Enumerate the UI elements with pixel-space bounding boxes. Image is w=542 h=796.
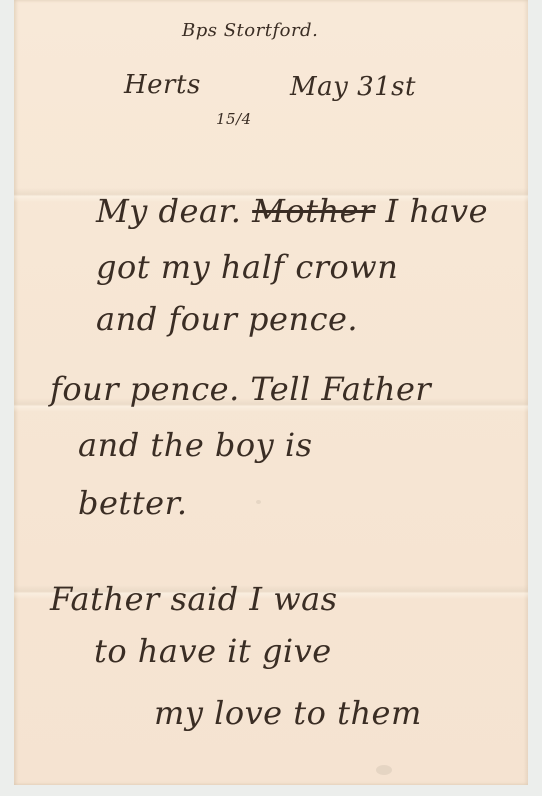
struck-word: Mother: [252, 192, 375, 230]
address-prefix: Bps Stortford.: [182, 20, 318, 41]
address-county: Herts: [124, 70, 201, 100]
body-line-5: and the boy is: [78, 426, 313, 464]
body-line-9: my love to them: [154, 694, 422, 732]
letter-reference: 15/4: [216, 110, 252, 128]
body-line-6: better.: [78, 484, 188, 522]
body-line-1: My dear. Mother I have: [96, 192, 488, 230]
greeting-suffix: I have: [386, 192, 489, 230]
letter-date: May 31st: [290, 72, 416, 102]
letter-paper: Bps Stortford. Herts May 31st 15/4 My de…: [14, 0, 528, 785]
greeting: My dear.: [96, 192, 241, 230]
paper-spot: [376, 765, 392, 775]
paper-spot: [256, 500, 261, 504]
address-town: Bps Stortford.: [182, 20, 318, 41]
body-line-8: to have it give: [94, 632, 332, 670]
body-line-7: Father said I was: [50, 580, 338, 618]
scanned-letter: Bps Stortford. Herts May 31st 15/4 My de…: [0, 0, 542, 796]
body-line-4: four pence. Tell Father: [50, 370, 431, 408]
body-line-2: got my half crown: [96, 248, 398, 286]
body-line-3: and four pence.: [96, 300, 358, 338]
